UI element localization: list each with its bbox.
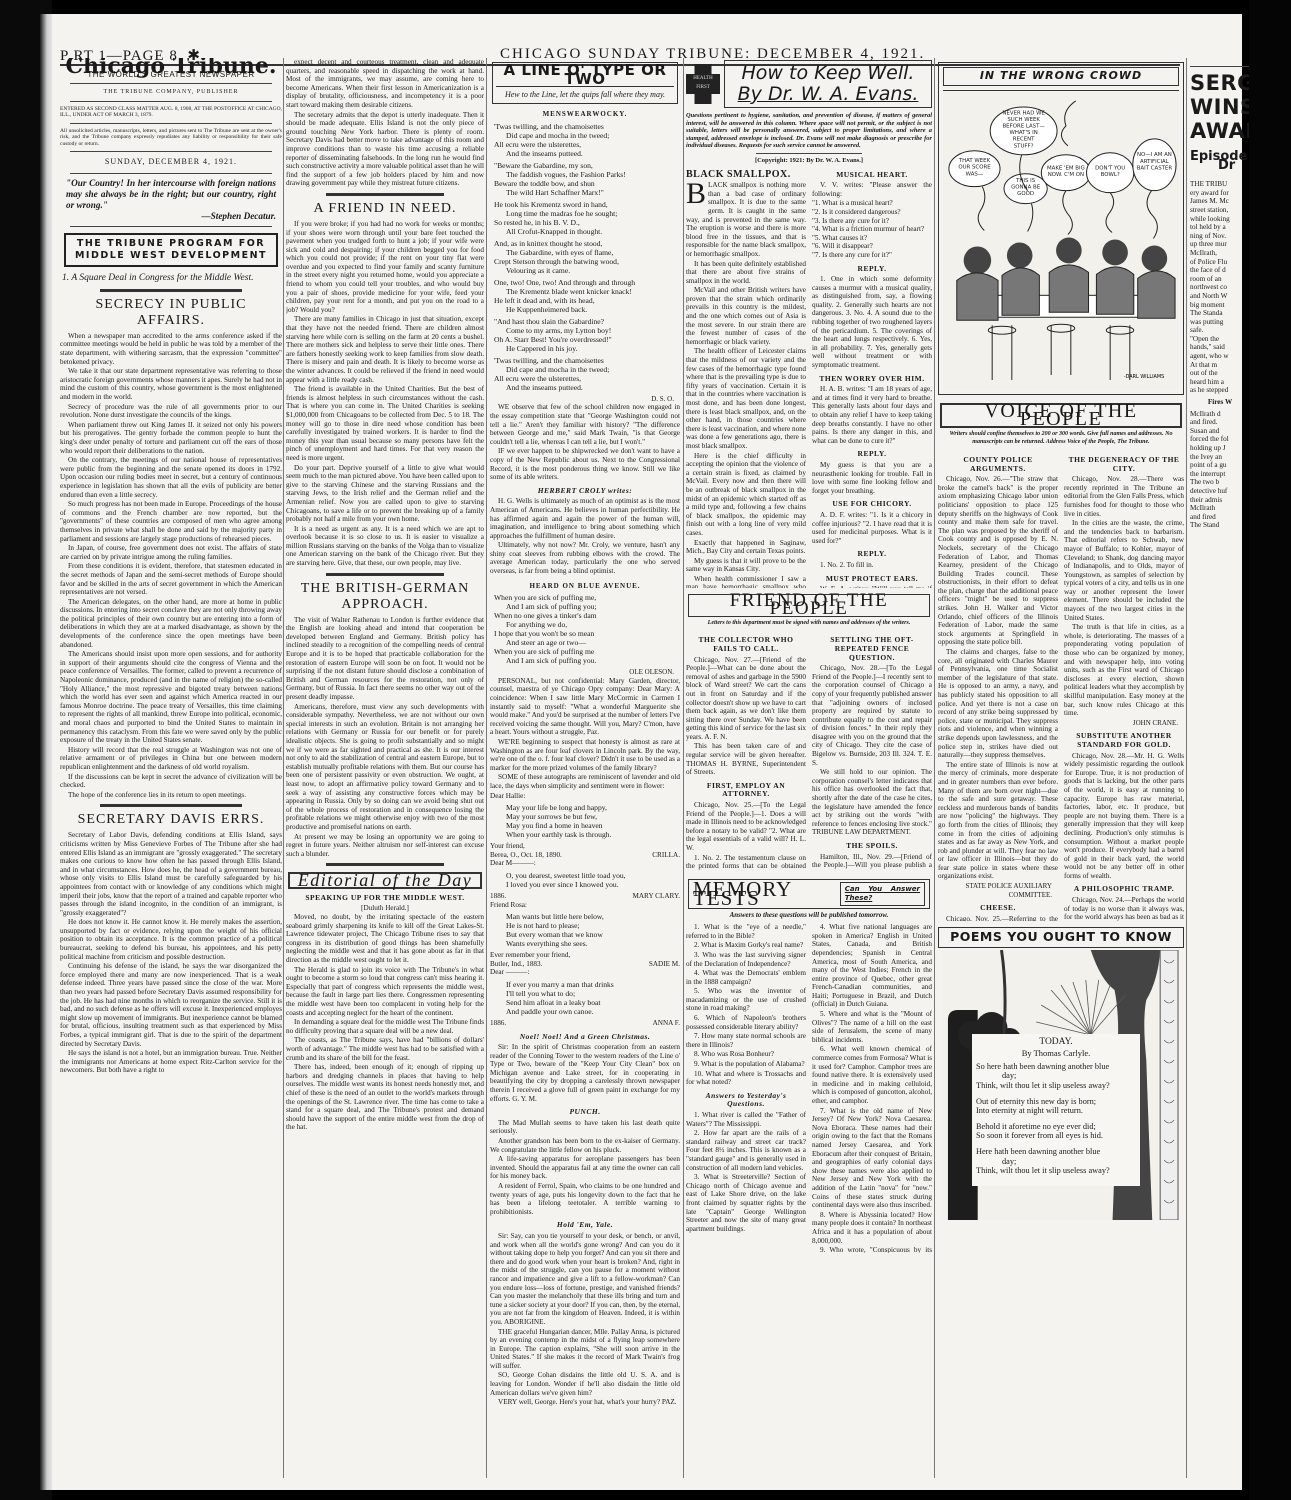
paragraph: Secrecy of procedure was the rule of all… bbox=[60, 403, 282, 420]
paragraph: So much progress has not been made in Eu… bbox=[60, 500, 282, 543]
letter-text: Chicago, Nov. 26.—"The straw that broke … bbox=[938, 475, 1058, 647]
article-headline: THE BRITISH-GERMAN APPROACH. bbox=[286, 581, 484, 613]
letter-text: Chicago, Nov. 25.—[To the Legal Friend o… bbox=[686, 801, 806, 853]
poem-line: Into eternity at night will return. bbox=[976, 1106, 1136, 1116]
health-cross-icon: HEALTH FIRST bbox=[686, 64, 720, 104]
cutoff-text-line: The Standa bbox=[1190, 309, 1250, 318]
line-o-type-column: A LINE O' TYPE OR TWO Hew to the Line, l… bbox=[490, 58, 680, 1478]
memory-tests-banner: MEMORY TESTS Can You Answer These? bbox=[688, 879, 930, 908]
paragraph: The coasts, as The Tribune says, have ha… bbox=[286, 1036, 484, 1062]
cutoff-text-line: detective huf bbox=[1190, 487, 1250, 496]
poem-line: And I am sick of puffing you; bbox=[494, 602, 680, 611]
letter-headline: SUBSTITUTE ANOTHER STANDARD FOR GOLD. bbox=[1064, 732, 1184, 749]
cutoff-text-line: tol held by a bbox=[1190, 223, 1250, 232]
poem-line: For anything we do, bbox=[494, 620, 680, 629]
motto-quote: "Our Country! In her intercourse with fo… bbox=[66, 178, 276, 222]
svg-text:-DARL WILLIAMS: -DARL WILLIAMS bbox=[1124, 374, 1164, 380]
autograph-date: 1886. bbox=[490, 1019, 506, 1028]
speech-bubble-text: MAKE 'EM BIG bbox=[1047, 165, 1085, 171]
paragraph: It has been quite definitely established… bbox=[686, 260, 806, 286]
paragraph: Here is the chief difficulty in acceptin… bbox=[686, 452, 806, 538]
letter-reply: This has been taken care of and regular … bbox=[686, 742, 806, 776]
poem-line: Come to my arms, my Lytton boy! bbox=[494, 326, 680, 335]
speech-bubble-text: NOW. C'M ON bbox=[1048, 172, 1084, 178]
cutoff-text-line: The Stand bbox=[1190, 521, 1250, 530]
entry-notice: ENTERED AS SECOND CLASS MATTER AUG. 8, 1… bbox=[60, 106, 282, 119]
item-title: PUNCH. bbox=[490, 1108, 680, 1117]
letter-headline: A PHILOSOPHIC TRAMP. bbox=[1064, 885, 1184, 894]
memory-question: 4. What was the Democrats' emblem in the… bbox=[686, 969, 806, 986]
poem-title: TODAY. bbox=[976, 1038, 1136, 1048]
paragraph: McVail and other British writers have pr… bbox=[686, 286, 806, 346]
speech-bubble-text: ARTIFICIAL bbox=[1140, 158, 1169, 164]
memory-tests-subtitle: Answers to these questions will be publi… bbox=[686, 911, 932, 920]
cutoff-text-line: the face of d bbox=[1190, 266, 1250, 275]
editorial-column: Chicago Tribune. THE WORLD'S GREATEST NE… bbox=[60, 58, 282, 1478]
memory-answer: 6. What well known chemical of commerce … bbox=[812, 1045, 932, 1105]
paragraph: Americans, therefore, must view any such… bbox=[286, 703, 484, 832]
poem-stanza: 'Twas twilling, and the chamoisettesDid … bbox=[494, 356, 680, 392]
poem-stanza: He took his Krementz sword in hand,Long … bbox=[494, 200, 680, 236]
editorial-source: [Duluth Herald.] bbox=[286, 904, 484, 913]
poem-line: When you are sick of puffing me bbox=[494, 647, 680, 656]
flag-slogan: THE WORLD'S GREATEST NEWSPAPER bbox=[60, 71, 282, 80]
paragraph: In demanding a square deal for the middl… bbox=[286, 1018, 484, 1035]
poem-line: When you are sick of puffing me, bbox=[494, 593, 680, 602]
poem-line: Velouring as it came. bbox=[494, 266, 680, 275]
paragraph: The hope of the conference lies in its r… bbox=[60, 791, 282, 800]
column-divider bbox=[283, 58, 284, 1478]
cutoff-text-line: and North W bbox=[1190, 292, 1250, 301]
paragraph: At present we may be losing an opportuni… bbox=[286, 833, 484, 859]
paragraph: IF we ever happen to be shipwrecked we d… bbox=[490, 447, 680, 481]
autograph-salutation: Dear ———: bbox=[490, 968, 680, 977]
poem-line: If ever you marry a man that drinks bbox=[494, 980, 680, 989]
cutoff-text-line: agent, who w bbox=[1190, 352, 1250, 361]
paragraph: When a newspaper man accredited to the a… bbox=[60, 332, 282, 366]
poem-line: I hope that you won't be so mean bbox=[494, 629, 680, 638]
poem-line: So rested he, in his B. V. D., bbox=[494, 218, 680, 227]
paragraph: If you were broke; if you had had no wor… bbox=[286, 220, 484, 315]
poem-line: So here hath been dawning another blue bbox=[976, 1062, 1136, 1072]
paragraph: He does not know it. He cannot know it. … bbox=[60, 918, 282, 961]
letter-headline: THE COLLECTOR WHO FAILS TO CALL. bbox=[686, 636, 806, 653]
speech-bubble-text: SUCH WEEK bbox=[1007, 117, 1040, 123]
friend-of-people-banner: FRIEND OF THE PEOPLE bbox=[688, 594, 930, 617]
item-title: HERBERT CROLY writes: bbox=[490, 487, 680, 496]
memory-answer: 8. Where is Abyssinia located? How many … bbox=[812, 1211, 932, 1245]
autograph-signer: SADIE M. bbox=[649, 960, 680, 969]
letter-text: The claims and charges, false to the cor… bbox=[938, 648, 1058, 760]
poem-line: day; bbox=[976, 1071, 1136, 1081]
qa-headline: MUSICAL HEART. bbox=[812, 171, 932, 180]
autograph-closing: Your friend, bbox=[490, 842, 680, 851]
letter-signer: STATE POLICE AUXILIARY COMMITTEE. bbox=[938, 882, 1052, 899]
cutoff-text-line: was putting bbox=[1190, 318, 1250, 327]
memory-question: 8. Who was Rosa Bonheur? bbox=[686, 1050, 806, 1059]
paragraph: A resident of Ferrol, Spain, who claims … bbox=[490, 1182, 680, 1216]
cartoon-title: IN THE WRONG CROWD bbox=[943, 67, 1179, 86]
cutoff-text-line: McIlrath d bbox=[1190, 410, 1250, 419]
reply-label: REPLY. bbox=[812, 265, 932, 274]
poem-stanza: "And hast thou slain the Gabardine?Come … bbox=[494, 317, 680, 353]
letter-text: Chicago, Nov. 24.—Perhaps the world of t… bbox=[1064, 896, 1184, 921]
letter-headline: CHEESE. bbox=[938, 904, 1058, 913]
memory-question: 5. Who was the inventor of macadamizing … bbox=[686, 987, 806, 1013]
friend-of-people-subtitle: Letters to this department must be signe… bbox=[686, 619, 932, 628]
paragraph: PERSONAL, but not confidential: Mary Gar… bbox=[490, 677, 680, 737]
poem-line: The wild Hart Schaffner Marx!" bbox=[494, 188, 680, 197]
autograph-signer: CRILLA. bbox=[652, 851, 680, 860]
poem-line: The Gabardine, with eyes of flame, bbox=[494, 248, 680, 257]
poem-line: And, as in knittex thought he stood, bbox=[494, 239, 680, 248]
poem-line: All Crofut-Knapped in thought. bbox=[494, 227, 680, 236]
cutoff-text-line: ning of Nov. bbox=[1190, 232, 1250, 241]
autograph-signoff: 1886.ANNA F. bbox=[490, 1019, 680, 1028]
qa-question: "1. What is a musical heart? bbox=[812, 199, 932, 208]
letter-text: Chicago, Nov. 28.—There was recently rep… bbox=[1064, 475, 1184, 518]
voice-of-people-subtitle: Writers should confine themselves to 200… bbox=[938, 430, 1184, 447]
speech-bubble-text: DON'T YOU bbox=[1095, 165, 1125, 171]
poem-line: "And hast thou slain the Gabardine? bbox=[494, 317, 680, 326]
speech-bubble-text: OUR SCORE bbox=[958, 164, 991, 170]
paragraph: SO, George Cohan disdains the little old… bbox=[490, 1371, 680, 1397]
speech-bubble-text: WHAT'S IN bbox=[1010, 130, 1038, 136]
memory-answer: 1. What river is called the "Father of W… bbox=[686, 1111, 806, 1128]
speech-bubble-text: BAIT CASTER bbox=[1137, 165, 1173, 171]
autograph-verse: May your life be long and happy,May your… bbox=[494, 803, 680, 839]
poem-line: He is not hard to please; bbox=[494, 921, 680, 930]
line-o-type-box: A LINE O' TYPE OR TWO Hew to the Line, l… bbox=[492, 62, 678, 104]
unsolicited-notice: All unsolicited articles, manuscripts, l… bbox=[60, 128, 282, 148]
divider bbox=[100, 804, 242, 807]
voice-of-people-banner: VOICE OF THE PEOPLE bbox=[940, 403, 1182, 428]
qa-reply: 1. No. 2. To fill in. bbox=[812, 561, 932, 570]
cutoff-text-line: McIlrath, bbox=[1190, 249, 1250, 258]
speech-bubble-text: NEVER HAD WE bbox=[1002, 110, 1045, 116]
qa-reply: My guess is that you are a neurasthenic … bbox=[812, 461, 932, 495]
speech-bubble-text: BOWL? bbox=[1101, 172, 1120, 178]
poem-line: May you find a home in heaven bbox=[494, 821, 680, 830]
poem-line: Wants everything she sees. bbox=[494, 939, 680, 948]
paragraph: Ultimately, why not now? Mr. Croly, we v… bbox=[490, 541, 680, 575]
cutoff-text-line: McIlrath bbox=[1190, 504, 1250, 513]
poem-line: Send him afloat in a leaky boat bbox=[494, 998, 680, 1007]
item-title: Hold 'Em, Yale. bbox=[490, 1221, 680, 1230]
poem-author: By Thomas Carlyle. bbox=[976, 1049, 1136, 1059]
speech-bubble-text: RECENT bbox=[1013, 136, 1035, 142]
poem-line: He Cappered in his joy. bbox=[494, 344, 680, 353]
paragraph: If the discussions can be kept in secret… bbox=[60, 773, 282, 790]
quote-attribution: —Stephen Decatur. bbox=[66, 211, 276, 222]
poem-line: All ecru were the ulsterettes, bbox=[494, 374, 680, 383]
cutoff-text-line: up three mur bbox=[1190, 240, 1250, 249]
cutoff-text-line: big moment bbox=[1190, 301, 1250, 310]
autograph-verse: If ever you marry a man that drinksI'll … bbox=[494, 980, 680, 1016]
autograph-closing: Ever remember your friend, bbox=[490, 951, 680, 960]
article-headline: A FRIEND IN NEED. bbox=[286, 201, 484, 217]
paragraph: VERY well, George. Here's your hat, what… bbox=[490, 1398, 680, 1407]
letter-headline: THE DEGENERACY OF THE CITY. bbox=[1064, 456, 1184, 473]
answers-title: Answers to Yesterday's Questions. bbox=[686, 1092, 806, 1109]
speech-bubble-text: THAT WEEK bbox=[958, 158, 991, 164]
poem-line: And I am sick of puffing you. bbox=[494, 656, 680, 665]
memory-answer: 7. What is the old name of New Jersey? O… bbox=[812, 1107, 932, 1210]
paragraph: Continuing his defense of the island, he… bbox=[60, 962, 282, 1048]
autograph-date: Berea, O., Oct. 18, 1890. bbox=[490, 851, 562, 860]
paragraph: BLACK smallpox is nothing more than a ba… bbox=[686, 181, 806, 258]
poem-line: So soon it forever from all eyes is hid. bbox=[976, 1131, 1136, 1141]
poem-line: Think, wilt thou let it slip useless awa… bbox=[976, 1081, 1136, 1091]
cutoff-text-line: out of the bbox=[1190, 369, 1250, 378]
speech-bubble-text: WAS— bbox=[966, 171, 984, 177]
memory-question: 9. What is the population of Alabama? bbox=[686, 1060, 806, 1069]
autograph-signoff: Berea, O., Oct. 18, 1890.CRILLA. bbox=[490, 851, 680, 860]
paragraph: My guess is that it will prove to be the… bbox=[686, 557, 806, 574]
paragraph: It is a need as urgent as any. It is a n… bbox=[286, 525, 484, 568]
autograph-signer: MARY CLARY. bbox=[632, 892, 680, 901]
poem-line: He Kuppenheimered back. bbox=[494, 305, 680, 314]
memory-answer: 9. Who wrote, "Conspicuous by its absenc… bbox=[812, 1246, 932, 1253]
cutoff-text-line: hands," said bbox=[1190, 343, 1250, 352]
article-headline: SECRECY IN PUBLIC AFFAIRS. bbox=[60, 297, 282, 329]
keep-well-intro: Questions pertinent to hygiene, sanitati… bbox=[686, 112, 932, 150]
poem-line: Oh A. Starr Best! You're overdressed!" bbox=[494, 335, 680, 344]
paragraph: H. G. Wells is ultimately as much of an … bbox=[490, 497, 680, 540]
cutoff-subhead: Fires W bbox=[1190, 398, 1250, 407]
speech-bubble-text: GOOD bbox=[1017, 191, 1034, 197]
poem-line: "Beware the Gabardine, my son, bbox=[494, 161, 680, 170]
cutoff-text-line: and fired. bbox=[1190, 418, 1250, 427]
paragraph: There has, indeed, been enough of it; en… bbox=[286, 1063, 484, 1132]
poem-stanza: One, two! One, two! And through and thro… bbox=[494, 278, 680, 314]
speech-bubble-text: BEFORE LAST— bbox=[1002, 123, 1045, 129]
cartoon-panel: IN THE WRONG CROWD THAT WEEKOUR SCOREWAS… bbox=[938, 62, 1184, 395]
item-title: MENSWEARWOCKY. bbox=[490, 110, 680, 119]
poem-stanza: Behold it aforetime no eye ever did;So s… bbox=[976, 1122, 1136, 1141]
cutoff-text-line: At that m bbox=[1190, 361, 1250, 370]
speech-bubble-text: STUFF? bbox=[1014, 143, 1034, 149]
poem-line: All ecru were the ulsterettes, bbox=[494, 140, 680, 149]
cutoff-text-line: The two b bbox=[1190, 478, 1250, 487]
memory-question: 7. How many state normal schools are the… bbox=[686, 1032, 806, 1049]
program-box: THE TRIBUNE PROGRAM FOR MIDDLE WEST DEVE… bbox=[64, 233, 278, 267]
poem-line: Long time the madras foe he sought; bbox=[494, 209, 680, 218]
cutoff-text-line: the Ivey an bbox=[1190, 453, 1250, 462]
paragraph: History will record that the real strugg… bbox=[60, 746, 282, 772]
qa-headline: THEN WORRY OVER HIM. bbox=[812, 375, 932, 384]
column-divider bbox=[1186, 58, 1187, 1478]
paragraph: WE'RE beginning to suspect that honesty … bbox=[490, 738, 680, 772]
item-title: Noel! Noel! And a Green Christmas. bbox=[490, 1033, 680, 1042]
paragraph: He says the island is not a hotel, but a… bbox=[60, 1049, 282, 1075]
cutoff-text-line: room of an bbox=[1190, 275, 1250, 284]
poem-line: O, you dearest, sweetest little toad you… bbox=[494, 871, 680, 880]
poem-stanza: When you are sick of puffing me,And I am… bbox=[494, 593, 680, 665]
editorial-of-day-headline: SPEAKING UP FOR THE MIDDLE WEST. bbox=[286, 894, 484, 903]
poem-line: I loved you ever since I knowed you. bbox=[494, 880, 680, 889]
cutoff-text-line: "Open the bbox=[1190, 335, 1250, 344]
copyright-line: [Copyright: 1921: By Dr. W. A. Evans.] bbox=[686, 157, 932, 166]
drop-cap: B bbox=[686, 181, 706, 207]
qa-reply: 1. One in which some deformity causes a … bbox=[812, 275, 932, 370]
speech-bubble-text: THIS IS bbox=[1015, 178, 1036, 184]
poems-banner: POEMS YOU OUGHT TO KNOW bbox=[938, 927, 1184, 948]
cutoff-text-line: forced the fol bbox=[1190, 435, 1250, 444]
cutoff-text-line: street station, bbox=[1190, 206, 1250, 215]
autograph-salutation: Dear M———: bbox=[490, 859, 680, 868]
line-o-type-motto: Hew to the Line, let the quips fall wher… bbox=[496, 90, 674, 100]
paragraph: The Americans should insist upon more op… bbox=[60, 650, 282, 745]
cutoff-column: SERGTWINSAWARD Episode w Dr THE TRIBUery… bbox=[1190, 58, 1250, 1478]
paragraph: In Japan, of course, free government doe… bbox=[60, 544, 282, 561]
paragraph: WE observe that few of the school childr… bbox=[490, 403, 680, 446]
continued-text: expect decent and courteous treatment, c… bbox=[286, 58, 484, 110]
poem-today: TODAY. By Thomas Carlyle. So here hath b… bbox=[972, 1034, 1140, 1186]
qa-letter: H. A. B. writes: "I am 18 years of age, … bbox=[812, 385, 932, 445]
divider bbox=[326, 573, 444, 576]
scan-binding-edge bbox=[0, 0, 52, 1500]
poem-line: day; bbox=[976, 1157, 1136, 1167]
autograph-date: 1886. bbox=[490, 892, 506, 901]
poem-line: And steer an age or two— bbox=[494, 638, 680, 647]
poem-line: One, two! One, two! And through and thro… bbox=[494, 278, 680, 287]
letter-text: In the cities are the waste, the crime, … bbox=[1064, 519, 1184, 622]
poem-line: The Krementz blade went knicker knack! bbox=[494, 287, 680, 296]
qa-question: "4. What is a friction murmur of heart? bbox=[812, 225, 932, 234]
letter-text: The entire state of Illinois is now at t… bbox=[938, 761, 1058, 881]
letter-headline: THE SPOILS. bbox=[812, 842, 932, 851]
qa-headline: MUST PROTECT EARS. bbox=[812, 575, 932, 584]
reply-label: REPLY. bbox=[812, 550, 932, 559]
editorial-dateline: SUNDAY, DECEMBER 4, 1921. bbox=[60, 158, 282, 167]
cutoff-headline: AWARD bbox=[1190, 119, 1250, 143]
poem-line: Here hath been dawning another blue bbox=[976, 1147, 1136, 1157]
qa-letter: V. V. writes: "Please answer the followi… bbox=[812, 181, 932, 198]
poem-line: Man wants but little here below, bbox=[494, 912, 680, 921]
poem-line: The faddish vogues, the Fashion Parks! bbox=[494, 170, 680, 179]
cutoff-text-line: ery award for bbox=[1190, 189, 1250, 198]
memory-question: 2. What is Maxim Gorky's real name? bbox=[686, 941, 806, 950]
letter-signer: JOHN CRANE. bbox=[1064, 719, 1178, 728]
qa-letter: W. E. A. writes: "Will you tell me if th… bbox=[812, 585, 932, 587]
paragraph: Sir: In the spirit of Christmas cooperat… bbox=[490, 1043, 680, 1103]
letter-headline: COUNTY POLICE ARGUMENTS. bbox=[938, 456, 1058, 473]
poem-line: He took his Krementz sword in hand, bbox=[494, 200, 680, 209]
qa-headline: USE FOR CHICORY. bbox=[812, 500, 932, 509]
cutoff-text-line: while looking bbox=[1190, 215, 1250, 224]
paragraph: Secretary of Labor Davis, defending cond… bbox=[60, 831, 282, 917]
poem-line: I'll tell you what to do; bbox=[494, 989, 680, 998]
paragraph: The friend is available in the United Ch… bbox=[286, 385, 484, 462]
memory-answer: 5. Where and what is the "Mount of Olive… bbox=[812, 1010, 932, 1044]
poem-stanza: "Beware the Gabardine, my son,The faddis… bbox=[494, 161, 680, 197]
keep-well-header: HEALTH FIRST How to Keep Well. By Dr. W.… bbox=[686, 60, 932, 108]
poem-line: May your life be long and happy, bbox=[494, 803, 680, 812]
memory-answer: 4. What five national languages are spok… bbox=[812, 923, 932, 1009]
column-divider bbox=[683, 58, 684, 1478]
editorial-column-two: expect decent and courteous treatment, c… bbox=[286, 58, 484, 1478]
paragraph: A life-saving apparatus for aeroplane pa… bbox=[490, 1155, 680, 1181]
cutoff-text-line: holding up J bbox=[1190, 444, 1250, 453]
cutoff-text-line: northwest co bbox=[1190, 283, 1250, 292]
letter-headline: FIRST, EMPLOY AN ATTORNEY. bbox=[686, 782, 806, 799]
article-headline: SECRETARY DAVIS ERRS. bbox=[60, 812, 282, 828]
poem-line: But every woman that we know bbox=[494, 930, 680, 939]
poem-stanza: So here hath been dawning another blueda… bbox=[976, 1062, 1136, 1091]
cutoff-text-line: point of a gu bbox=[1190, 461, 1250, 470]
letter-text: Hamilton, Ill., Nov. 29.—[Friend of the … bbox=[812, 853, 932, 872]
speech-bubble-text: NO—I AM AN bbox=[1137, 152, 1172, 158]
poem-line: Out of eternity this new day is born; bbox=[976, 1097, 1136, 1107]
program-item: 1. A Square Deal in Congress for the Mid… bbox=[62, 273, 280, 284]
qa-letter: A. D. F. writes: "1. Is it a chicory in … bbox=[812, 511, 932, 545]
cutoff-text-line: as he stepped bbox=[1190, 386, 1250, 395]
memory-question: 1. What is the "eye of a needle," referr… bbox=[686, 923, 806, 940]
column-divider bbox=[934, 58, 935, 1478]
autograph-verse: Man wants but little here below,He is no… bbox=[494, 912, 680, 948]
cutoff-text-line: of Police Flu bbox=[1190, 258, 1250, 267]
scan-border-right bbox=[1249, 0, 1291, 1500]
autograph-verse: O, you dearest, sweetest little toad you… bbox=[494, 871, 680, 889]
poem-line: And paddle your own canoe. bbox=[494, 1007, 680, 1016]
poem-stanza: Here hath been dawning another blueday;T… bbox=[976, 1147, 1136, 1176]
letter-headline: SETTLING THE OFT-REPEATED FENCE QUESTION… bbox=[812, 636, 932, 662]
item-title: HEARD ON BLUE AVENUE. bbox=[490, 582, 680, 591]
paragraph: The Mad Mullah seems to have taken his l… bbox=[490, 1119, 680, 1136]
signature: OLE OLESON. bbox=[490, 668, 674, 677]
paragraph: Sir: Say, can you tie yourself to your d… bbox=[490, 1232, 680, 1327]
autograph-salutation: Friend Rosa: bbox=[490, 901, 680, 910]
letter-text: Chicago, Nov. 28.—Mr. H. G. Wells widely… bbox=[1064, 752, 1184, 881]
poem-line: When your earthly task is through. bbox=[494, 830, 680, 839]
paragraph: THE graceful Hungarian dancer, Mlle. Pal… bbox=[490, 1328, 680, 1371]
memory-answer: 3. What is Streeterville? Section of Chi… bbox=[686, 1173, 806, 1233]
poem-illustration: TODAY. By Thomas Carlyle. So here hath b… bbox=[942, 950, 1180, 1220]
editorial-of-day-banner: Editorial of the Day bbox=[288, 872, 482, 889]
poem-stanza: Out of eternity this new day is born;Int… bbox=[976, 1097, 1136, 1116]
poem-line: Behold it aforetime no eye ever did; bbox=[976, 1122, 1136, 1132]
health-column: HEALTH FIRST How to Keep Well. By Dr. W.… bbox=[686, 58, 932, 1478]
qa-question: "2. Is it considered dangerous? bbox=[812, 208, 932, 217]
poem-line: Crept Stetson through the batwing wood, bbox=[494, 257, 680, 266]
cutoff-text-line: Susan and bbox=[1190, 427, 1250, 436]
paragraph: From these conditions it is evident, the… bbox=[60, 562, 282, 596]
paragraph: Moved, no doubt, by the irritating spect… bbox=[286, 913, 484, 965]
memory-tests-badge: Can You Answer These? bbox=[840, 882, 925, 905]
letter-text: Chicago, Nov. 28.—[To the Legal Friend o… bbox=[812, 664, 932, 767]
paragraph: SOME of these autographs are reminiscent… bbox=[490, 773, 680, 790]
column-divider bbox=[486, 58, 487, 1478]
autograph-date: Butler, Ind., 1883. bbox=[490, 960, 542, 969]
qa-question: "5. What causes it? bbox=[812, 234, 932, 243]
memory-question: 6. Which of Napoleon's brothers possesse… bbox=[686, 1014, 806, 1031]
keep-well-title: How to Keep Well. By Dr. W. A. Evans. bbox=[724, 60, 932, 108]
letter-text: The truth is that life in cities, as a w… bbox=[1064, 623, 1184, 718]
qa-question: "3. Is there any cure for it? bbox=[812, 217, 932, 226]
cutoff-headline: SERGT bbox=[1190, 71, 1250, 95]
paragraph: The American delegates, on the other han… bbox=[60, 598, 282, 650]
paragraph: The visit of Walter Rathenau to London i… bbox=[286, 616, 484, 702]
letter-text: Chicago, Nov. 25.—Referring to the lette… bbox=[938, 915, 1058, 921]
letter-reply: 1. No. 2. The testamentum clause on the … bbox=[686, 854, 806, 872]
paragraph: When parliament threw out King James II.… bbox=[60, 421, 282, 455]
paragraph: When health commissioner I saw a man hav… bbox=[686, 575, 806, 588]
signature: D. S. O. bbox=[490, 395, 674, 404]
poem-line: 'Twas twilling, and the chamoisettes bbox=[494, 356, 680, 365]
paragraph: There are many families in Chicago in ju… bbox=[286, 315, 484, 384]
paragraph: On the contrary, the meetings of our nat… bbox=[60, 456, 282, 499]
